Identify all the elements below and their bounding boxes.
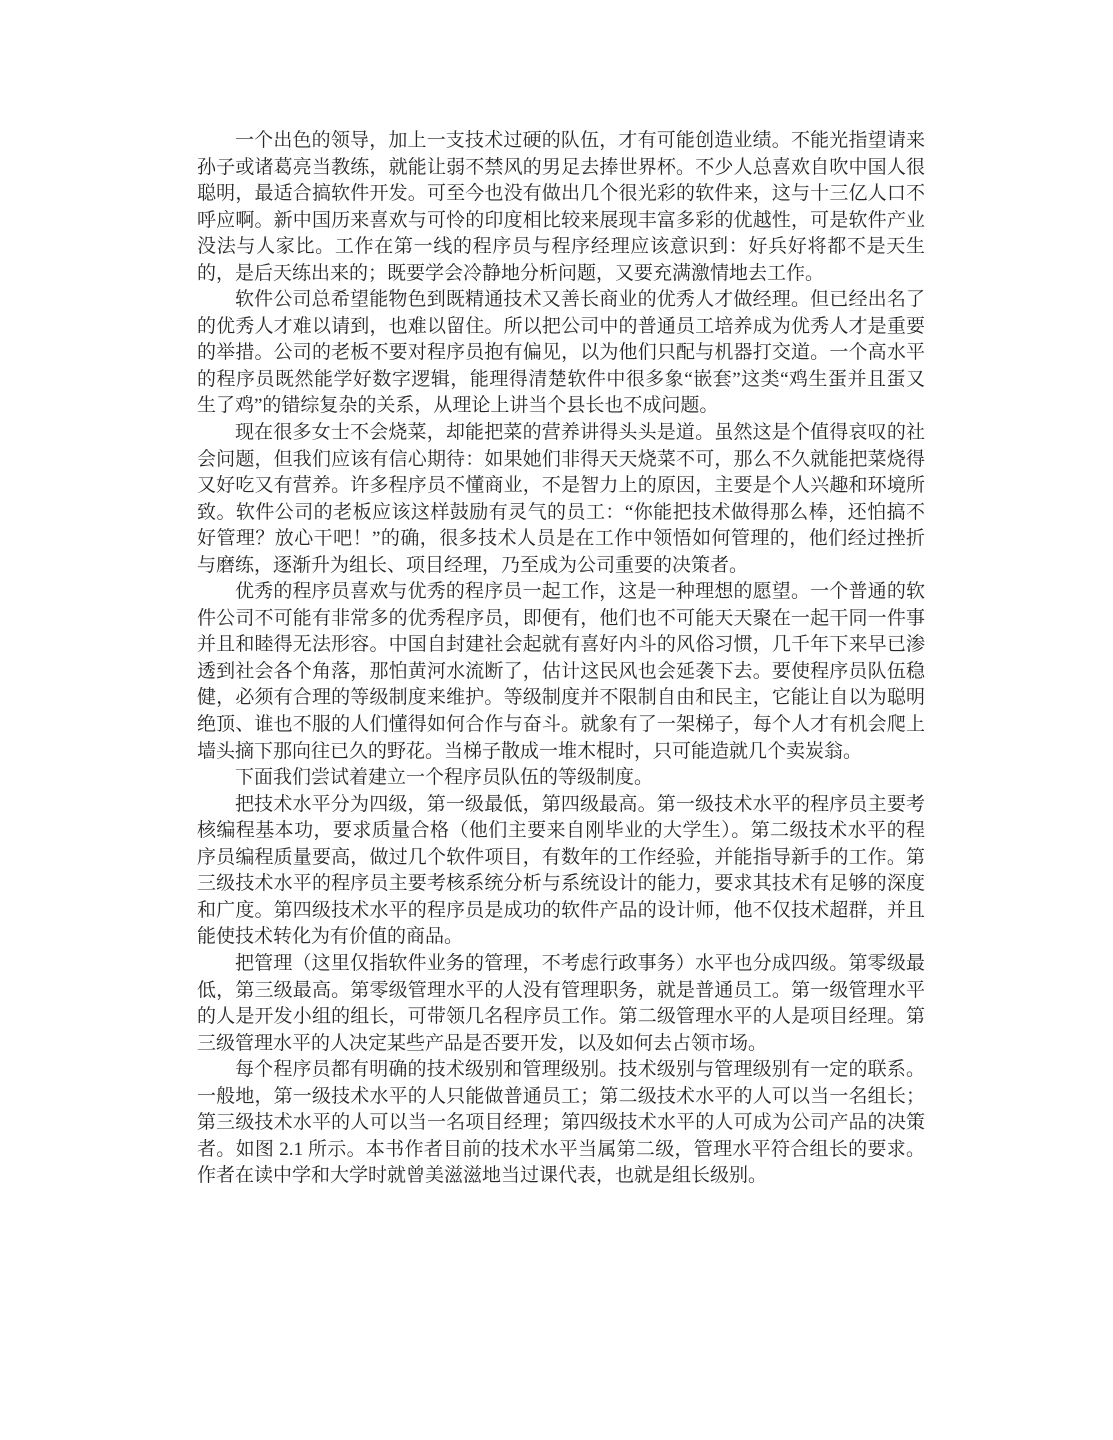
paragraph-encouragement: 现在很多女士不会烧菜，却能把菜的营养讲得头头是道。虽然这是个值得哀叹的社会问题，… xyxy=(197,420,925,579)
paragraph-hierarchy-need: 优秀的程序员喜欢与优秀的程序员一起工作，这是一种理想的愿望。一个普通的软件公司不… xyxy=(197,579,925,765)
paragraph-technical-levels: 把技术水平分为四级，第一级最低，第四级最高。第一级技术水平的程序员主要考核编程基… xyxy=(197,792,925,951)
paragraph-intro-grading: 下面我们尝试着建立一个程序员队伍的等级制度。 xyxy=(197,765,925,792)
document-page: 一个出色的领导，加上一支技术过硬的队伍，才有可能创造业绩。不能光指望请来孙子或诸… xyxy=(197,128,925,1190)
paragraph-talent-managers: 软件公司总希望能物色到既精通技术又善长商业的优秀人才做经理。但已经出名了的优秀人… xyxy=(197,287,925,420)
paragraph-management-levels: 把管理（这里仅指软件业务的管理，不考虑行政事务）水平也分成四级。第零级最低，第三… xyxy=(197,951,925,1057)
paragraph-level-relations: 每个程序员都有明确的技术级别和管理级别。技术级别与管理级别有一定的联系。一般地，… xyxy=(197,1057,925,1190)
paragraph-leadership: 一个出色的领导，加上一支技术过硬的队伍，才有可能创造业绩。不能光指望请来孙子或诸… xyxy=(197,128,925,287)
